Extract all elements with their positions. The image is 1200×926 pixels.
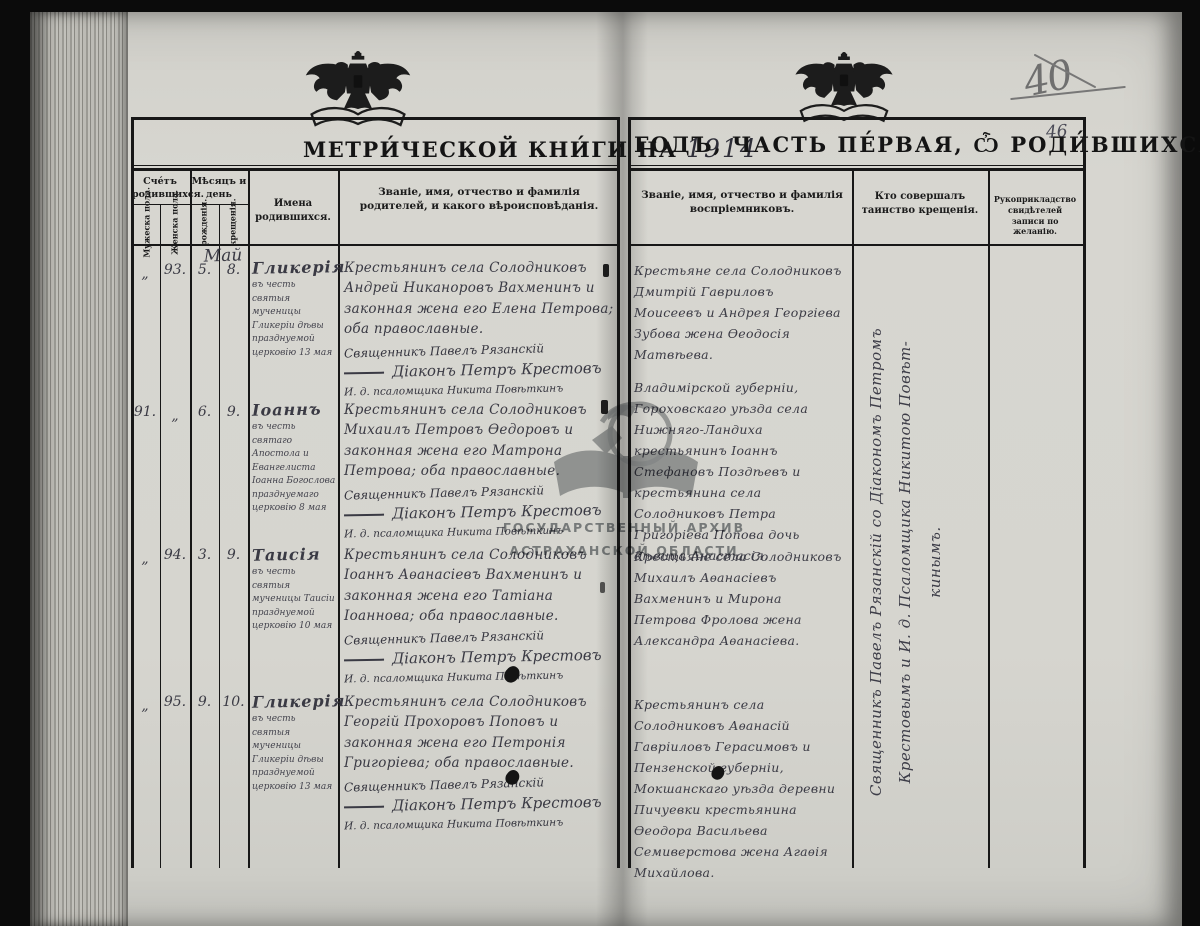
baptism-day-value: 8. — [220, 262, 247, 278]
grid-line — [160, 204, 161, 868]
folio-number: 46 — [1045, 121, 1068, 142]
grid-line — [131, 168, 620, 171]
imperial-eagle-emblem — [300, 50, 416, 138]
header-officiant: Кто совершалъ таинство крещенія. — [858, 190, 982, 217]
grid-line — [219, 204, 220, 868]
officiant-note-line: Крестовымъ и И. д. Псаломщика Никитою По… — [891, 242, 920, 882]
count-male-value: 91. — [131, 404, 159, 420]
title-left-text: МЕТРИ́ЧЕСКОЙ КНИ́ГИ НА — [303, 137, 677, 162]
header-count-female: Женска пола. — [170, 186, 181, 258]
page-edges — [30, 12, 128, 926]
count-male-value: „ — [131, 698, 159, 714]
name-cell: Гликерія въ честь святыя мученицы Гликер… — [252, 258, 336, 360]
count-female-value: 94. — [161, 547, 189, 563]
metric-book-scan: МЕТРИ́ЧЕСКОЙ КНИ́ГИ НА 1914 ГОДЪ, ЧАСТЬ … — [0, 0, 1200, 926]
parents-text: Крестьянинъ села Солодниковъ Андрей Ника… — [344, 258, 616, 339]
psalmist-signature: И. д. псаломщика Никита Повѣткинъ — [344, 382, 616, 399]
name-cell: Іоаннъ въ честь святаго Апостола и Еванг… — [252, 400, 336, 516]
grid-line — [628, 244, 1085, 246]
child-name: Таисія — [252, 544, 336, 564]
archive-watermark-line2: АСТРАХАНСКОЙ ОБЛАСТИ — [494, 543, 754, 558]
archive-watermark-line1: ГОСУДАРСТВЕННЫЙ АРХИВ — [494, 520, 754, 535]
grid-line — [628, 165, 1085, 166]
godparents-cell: Крестьяне села Солодниковъ Дмитрій Гаври… — [634, 260, 846, 365]
grid-line — [1083, 117, 1086, 868]
parents-cell: Крестьянинъ села Солодниковъ Георгій Про… — [344, 692, 616, 830]
priest-signature: Священникъ Павелъ Рязанскій — [344, 481, 616, 502]
godparents-cell: Крестьянинъ села Солодниковъ Аѳанасій Га… — [634, 694, 846, 883]
grid-line — [988, 168, 990, 868]
birth-day-value: 9. — [191, 694, 218, 710]
name-note: въ честь святыя мученицы Гликеріи дѣвы п… — [252, 279, 336, 360]
officiant-note-line: Священникъ Павелъ Рязанскій со Діакономъ… — [862, 242, 891, 882]
deacon-signature: Діаконъ Петръ Крестовъ — [344, 646, 616, 669]
baptism-day-value: 9. — [220, 547, 247, 563]
grid-line — [131, 165, 620, 166]
grid-line — [131, 117, 134, 868]
birth-day-value: 5. — [191, 262, 218, 278]
header-parents: Званіе, имя, отчество и фамилія родителе… — [344, 185, 614, 213]
child-name: Гликерія — [252, 691, 336, 711]
name-note: въ честь святыя мученицы Гликеріи дѣвы п… — [252, 713, 336, 794]
deacon-signature: Діаконъ Петръ Крестовъ — [344, 359, 616, 382]
header-count-male: Мужеска пола. — [142, 186, 153, 258]
count-male-value: „ — [131, 551, 159, 567]
psalmist-signature: И. д. псаломщика Никита Повѣткинъ — [344, 669, 616, 686]
birth-day-value: 6. — [191, 404, 218, 420]
name-note: въ честь святыя мученицы Таисіи празднуе… — [252, 566, 336, 634]
baptism-day-value: 10. — [220, 694, 247, 710]
grid-line — [628, 117, 1085, 120]
godparents-cell: Крестьяне села Солодниковъ Михаилъ Аѳана… — [634, 546, 846, 651]
imperial-eagle-emblem — [790, 50, 898, 134]
name-cell: Гликерія въ честь святыя мученицы Гликер… — [252, 692, 336, 794]
priest-signature: Священникъ Павелъ Рязанскій — [344, 339, 616, 360]
grid-line — [248, 168, 250, 868]
parents-cell: Крестьянинъ села Солодниковъ Андрей Ника… — [344, 258, 616, 396]
officiant-note-line: кинымъ. — [921, 242, 950, 882]
header-witness: Рукоприкладство свидѣтелей записи по жел… — [992, 194, 1078, 237]
baptism-day-value: 9. — [220, 404, 247, 420]
grid-line — [628, 117, 631, 868]
officiant-vertical-note: Священникъ Павелъ Рязанскій со Діакономъ… — [862, 242, 962, 882]
deacon-signature: Діаконъ Петръ Крестовъ — [344, 793, 616, 816]
grid-line — [131, 117, 620, 120]
priest-signature: Священникъ Павелъ Рязанскій — [344, 773, 616, 794]
parents-text: Крестьянинъ села Солодниковъ Георгій Про… — [344, 692, 616, 773]
count-female-value: „ — [161, 408, 189, 424]
parents-text: Крестьянинъ села Солодниковъ Михаилъ Пет… — [344, 400, 616, 481]
godparents-cell: Владимірской губерніи, Гороховскаго уѣзд… — [634, 377, 846, 566]
header-names: Имена родившихся. — [250, 197, 336, 224]
psalmist-signature: И. д. псаломщика Никита Повѣткинъ — [344, 816, 616, 833]
count-female-value: 95. — [161, 694, 189, 710]
name-cell: Таисія въ честь святыя мученицы Таисіи п… — [252, 545, 336, 634]
header-godparents: Званіе, имя, отчество и фамилія воспріем… — [636, 188, 848, 216]
birth-day-value: 3. — [191, 547, 218, 563]
grid-line — [628, 168, 1085, 171]
grid-line — [617, 117, 620, 868]
name-note: въ честь святаго Апостола и Евангелиста … — [252, 421, 336, 516]
grid-line — [852, 168, 854, 868]
count-female-value: 93. — [161, 262, 189, 278]
parents-cell: Крестьянинъ села Солодниковъ Михаилъ Пет… — [344, 400, 616, 538]
child-name: Гликерія — [252, 257, 336, 277]
child-name: Іоаннъ — [252, 399, 336, 419]
count-male-value: „ — [131, 266, 159, 282]
parents-cell: Крестьянинъ села Солодниковъ Іоаннъ Аѳан… — [344, 545, 616, 683]
page-title-right: ГОДЪ, ЧАСТЬ ПЕ́РВАЯ, Ѽ РОДИ́ВШИХСЯ. — [634, 132, 1200, 158]
priest-signature: Священникъ Павелъ Рязанскій — [344, 626, 616, 647]
